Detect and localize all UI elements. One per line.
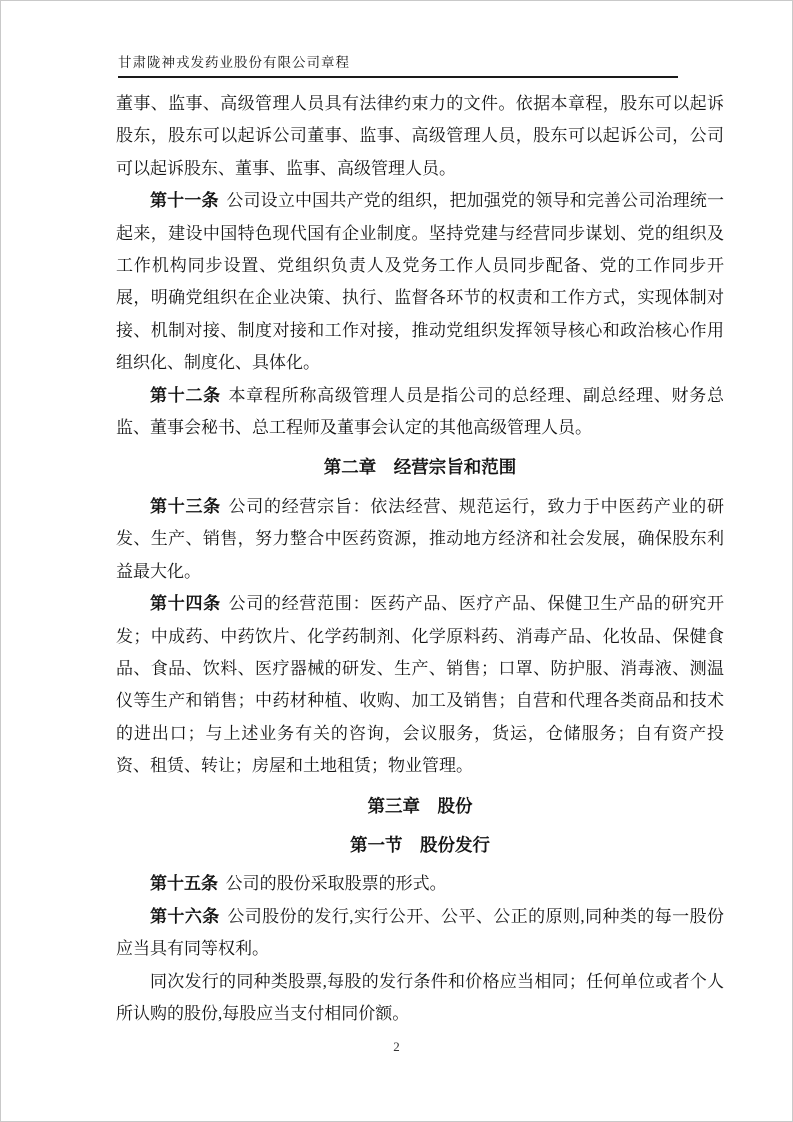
article-paragraph: 第十一条公司设立中国共产党的组织，把加强党的领导和完善公司治理统一起来，建设中国… — [116, 185, 724, 379]
article-number: 第十六条 — [150, 907, 220, 926]
page-number: 2 — [393, 1039, 400, 1054]
paragraph-text: 董事、监事、高级管理人员具有法律约束力的文件。依据本章程，股东可以起诉股东，股东… — [116, 94, 724, 178]
document-page: 甘肃陇神戎发药业股份有限公司章程 董事、监事、高级管理人员具有法律约束力的文件。… — [0, 0, 793, 1122]
article-paragraph: 第十六条公司股份的发行,实行公开、公平、公正的原则,同种类的每一股份应当具有同等… — [116, 901, 724, 966]
article-number: 第十四条 — [150, 594, 221, 613]
paragraph-text: 公司设立中国共产党的组织，把加强党的领导和完善公司治理统一起来，建设中国特色现代… — [116, 191, 724, 372]
document-footer: 2 — [1, 1039, 792, 1055]
article-number: 第十三条 — [150, 497, 221, 516]
heading-number: 第三章 — [368, 796, 421, 816]
body-paragraph: 同次发行的同种类股票,每股的发行条件和价格应当相同；任何单位或者个人所认购的股份… — [116, 966, 724, 1031]
heading-number: 第二章 — [324, 457, 377, 477]
body-paragraph: 董事、监事、高级管理人员具有法律约束力的文件。依据本章程，股东可以起诉股东，股东… — [116, 88, 724, 185]
chapter-heading: 第二章经营宗旨和范围 — [116, 451, 724, 483]
chapter-heading: 第三章股份 — [116, 790, 724, 822]
heading-title: 股份 — [438, 796, 473, 816]
article-number: 第十五条 — [150, 874, 218, 893]
document-header: 甘肃陇神戎发药业股份有限公司章程 — [118, 51, 678, 78]
article-paragraph: 第十二条本章程所称高级管理人员是指公司的总经理、副总经理、财务总监、董事会秘书、… — [116, 380, 724, 445]
heading-number: 第一节 — [350, 835, 403, 855]
article-paragraph: 第十五条公司的股份采取股票的形式。 — [116, 868, 724, 900]
document-body: 董事、监事、高级管理人员具有法律约束力的文件。依据本章程，股东可以起诉股东，股东… — [116, 88, 724, 1030]
article-paragraph: 第十三条公司的经营宗旨：依法经营、规范运行，致力于中医药产业的研发、生产、销售，… — [116, 491, 724, 588]
article-paragraph: 第十四条公司的经营范围：医药产品、医疗产品、保健卫生产品的研究开发；中成药、中药… — [116, 588, 724, 782]
article-number: 第十二条 — [150, 386, 221, 405]
document-header-title: 甘肃陇神戎发药业股份有限公司章程 — [118, 55, 350, 70]
heading-title: 经营宗旨和范围 — [394, 457, 517, 477]
heading-title: 股份发行 — [420, 835, 490, 855]
paragraph-text: 公司的经营范围：医药产品、医疗产品、保健卫生产品的研究开发；中成药、中药饮片、化… — [116, 594, 724, 775]
article-number: 第十一条 — [150, 191, 219, 210]
section-heading: 第一节股份发行 — [116, 829, 724, 861]
paragraph-text: 公司的股份采取股票的形式。 — [226, 874, 447, 893]
paragraph-text: 同次发行的同种类股票,每股的发行条件和价格应当相同；任何单位或者个人所认购的股份… — [116, 972, 724, 1023]
